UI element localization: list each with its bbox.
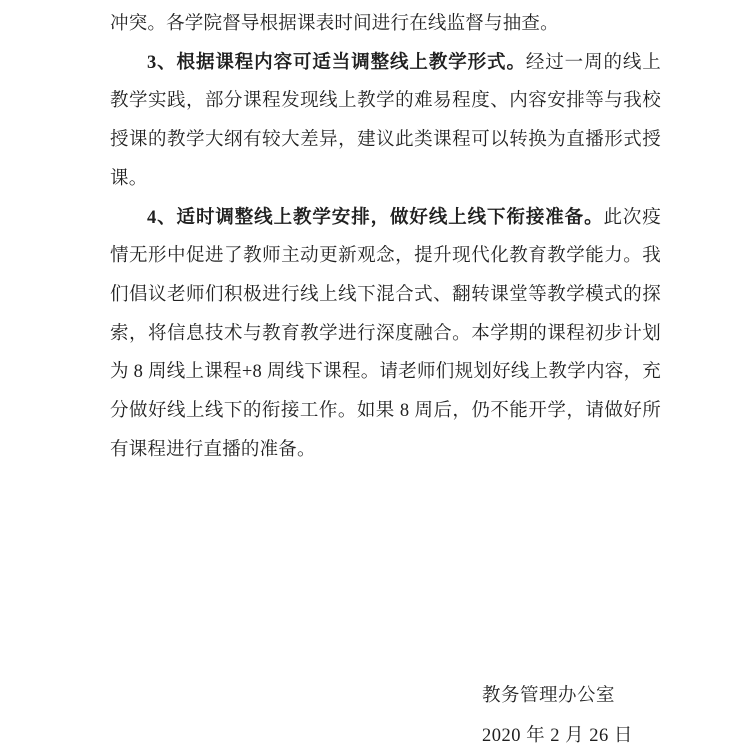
signature-date: 2020 年 2 月 26 日: [482, 716, 633, 754]
paragraph-item-3: 3、根据课程内容可适当调整线上教学形式。经过一周的线上教学实践，部分课程发现线上…: [110, 44, 661, 199]
document-page: 冲突。各学院督导根据课表时间进行在线监督与抽查。 3、根据课程内容可适当调整线上…: [0, 0, 744, 754]
paragraph-continuation-text: 冲突。各学院督导根据课表时间进行在线监督与抽查。: [110, 14, 559, 34]
item-3-heading: 3、根据课程内容可适当调整线上教学形式。: [147, 53, 526, 73]
paragraph-item-4: 4、适时调整线上教学安排，做好线上线下衔接准备。此次疫情无形中促进了教师主动更新…: [110, 199, 661, 470]
paragraph-continuation: 冲突。各学院督导根据课表时间进行在线监督与抽查。: [110, 5, 661, 44]
item-4-heading: 4、适时调整线上教学安排，做好线上线下衔接准备。: [147, 208, 603, 228]
item-3-body: 经过一周的线上教学实践，部分课程发现线上教学的难易程度、内容安排等与我校授课的教…: [110, 53, 661, 189]
signature-block: 教务管理办公室 2020 年 2 月 26 日: [482, 676, 633, 754]
signature-office: 教务管理办公室: [482, 676, 633, 716]
item-4-body: 此次疫情无形中促进了教师主动更新观念，提升现代化教育教学能力。我们倡议老师们积极…: [110, 208, 661, 460]
document-body: 冲突。各学院督导根据课表时间进行在线监督与抽查。 3、根据课程内容可适当调整线上…: [110, 5, 661, 469]
